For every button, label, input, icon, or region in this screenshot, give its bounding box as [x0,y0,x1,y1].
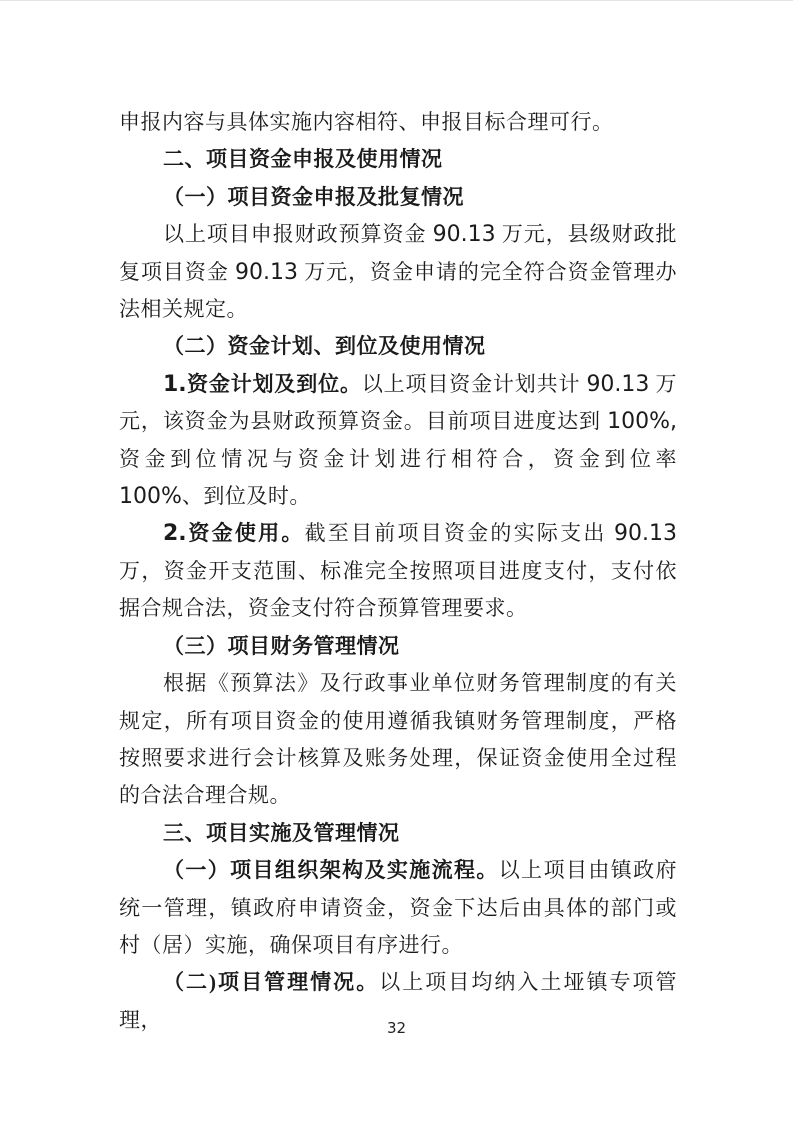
heading: （二）资金计划、到位及使用情况 [119,328,677,365]
text-run: 100% [119,484,182,509]
text-run: 根据《预算法》及行政事业单位财务管理制度的有关规定，所有项目资金的使用遵循我镇财… [119,671,677,807]
paragraph: 根据《预算法》及行政事业单位财务管理制度的有关规定，所有项目资金的使用遵循我镇财… [119,665,677,815]
text-run: （一）项目资金申报及批复情况 [163,185,464,209]
text-run: 90.13 [586,372,649,397]
text-run: 截至目前项目资金的实际支出 [305,521,614,545]
paragraph: 以上项目申报财政预算资金 90.13 万元，县级财政批复项目资金 90.13 万… [119,216,677,328]
text-run: （二)项目管理情况。 [163,970,379,994]
text-run: （一）项目组织架构及实施流程。 [163,858,499,882]
text-run: 以上项目资金计划共计 [362,372,587,396]
text-run: 90.13 [433,222,496,247]
text-run: 万，资金开支范围、标准完全按照项目进度支付，支付依据合规合法，资金支付符合预算管… [119,559,677,620]
paragraph: 申报内容与具体实施内容相符、申报目标合理可行。 [119,104,677,141]
text-run: 二、项目资金申报及使用情况 [163,148,443,171]
text-run: 2. [163,521,187,546]
paragraph: 1.资金计划及到位。以上项目资金计划共计 90.13 万元，该资金为县财政预算资… [119,366,677,516]
text-run: 资金使用。 [187,521,305,545]
text-run: （二）资金计划、到位及使用情况 [163,334,486,358]
document-body: 申报内容与具体实施内容相符、申报目标合理可行。二、项目资金申报及使用情况（一）项… [119,104,677,1039]
text-run: 以上项目申报财政预算资金 [163,222,433,246]
text-run: 申报内容与具体实施内容相符、申报目标合理可行。 [119,110,614,134]
text-run: （三）项目财务管理情况 [163,634,400,658]
document-page: 申报内容与具体实施内容相符、申报目标合理可行。二、项目资金申报及使用情况（一）项… [0,0,793,1123]
text-run: 1. [163,372,187,397]
text-run: 、到位及时。 [182,484,311,508]
text-run: 三、项目实施及管理情况 [163,822,400,845]
paragraph: （一）项目组织架构及实施流程。以上项目由镇政府统一管理，镇政府申请资金，资金下达… [119,852,677,964]
page-footer: 32 [0,1019,793,1037]
text-run: 资金到位情况与资金计划进行相符合，资金到位率 [119,447,677,471]
heading: （三）项目财务管理情况 [119,628,677,665]
text-run: 90.13 [614,521,677,546]
text-run: 资金计划及到位。 [187,372,362,396]
heading: 三、项目实施及管理情况 [119,815,677,852]
page-number: 32 [387,1019,406,1037]
paragraph: 2.资金使用。截至目前项目资金的实际支出 90.13 万，资金开支范围、标准完全… [119,515,677,627]
heading: （一）项目资金申报及批复情况 [119,179,677,216]
heading: 二、项目资金申报及使用情况 [119,141,677,178]
text-run: 100%, [607,409,677,434]
text-run: 90.13 [235,260,298,285]
